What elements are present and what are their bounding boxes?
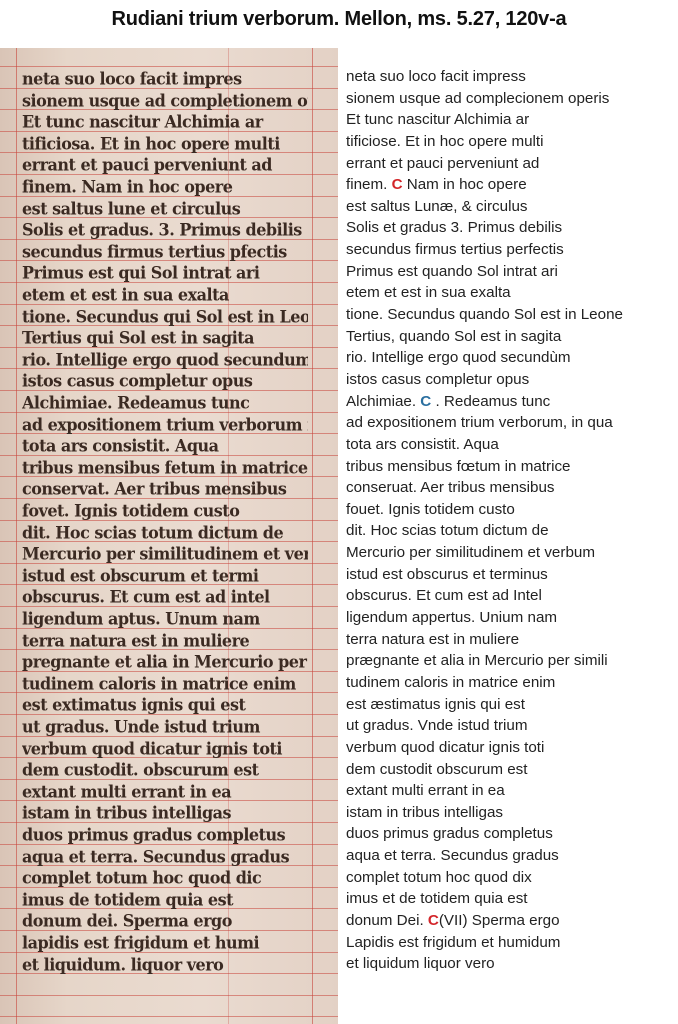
manuscript-line: terra natura est in muliere xyxy=(22,629,308,652)
transcription-line: complet totum hoc quod dix xyxy=(346,867,676,889)
transcription-line: verbum quod dicatur ignis toti xyxy=(346,737,676,759)
manuscript-line: et liquidum. liquor vero xyxy=(22,953,308,976)
manuscript-line: Tertius qui Sol est in sagita xyxy=(22,327,308,350)
manuscript-line: Mercurio per similitudinem et verbum xyxy=(22,543,308,566)
manuscript-line: conservat. Aer tribus mensibus xyxy=(22,478,308,501)
transcription-line: fouet. Ignis totidem custo xyxy=(346,499,676,521)
transcription-line: tribus mensibus fœtum in matrice xyxy=(346,456,676,478)
transcription-line: tificiose. Et in hoc opere multi xyxy=(346,131,676,153)
manuscript-line: dem custodit. obscurum est xyxy=(22,759,308,782)
transcription-line: istud est obscurus et terminus xyxy=(346,564,676,586)
manuscript-line: ligendum aptus. Unum nam xyxy=(22,607,308,630)
transcription-line: istos casus completur opus xyxy=(346,369,676,391)
transcription-line: neta suo loco facit impress xyxy=(346,66,676,88)
manuscript-line: sionem usque ad completionem opis xyxy=(22,89,308,112)
transcription-line: dit. Hoc scias totum dictum de xyxy=(346,520,676,542)
line-text: . Redeamus tunc xyxy=(431,393,550,410)
transcription-line: tudinem caloris in matrice enim xyxy=(346,672,676,694)
manuscript-line: istam in tribus intelligas xyxy=(22,802,308,825)
manuscript-line: est saltus lune et circulus xyxy=(22,197,308,220)
line-text: donum Dei. xyxy=(346,912,428,929)
line-text: finem. xyxy=(346,176,392,193)
paragraph-marker-red: C xyxy=(392,176,403,193)
transcription-line: aqua et terra. Secundus gradus xyxy=(346,845,676,867)
transcription-line: ligendum appertus. Unium nam xyxy=(346,607,676,629)
ruling-line-vertical xyxy=(16,48,17,1024)
transcription-line: secundus firmus tertius perfectis xyxy=(346,239,676,261)
manuscript-line: tudinem caloris in matrice enim xyxy=(22,672,308,695)
manuscript-line: tota ars consistit. Aqua xyxy=(22,435,308,458)
manuscript-line: Primus est qui Sol intrat ari xyxy=(22,262,308,285)
transcription-line: est æstimatus ignis qui est xyxy=(346,694,676,716)
manuscript-image: neta suo loco facit impressionem usque a… xyxy=(0,48,338,1024)
manuscript-line: aqua et terra. Secundus gradus xyxy=(22,845,308,868)
transcription-line: prægnante et alia in Mercurio per simili xyxy=(346,650,676,672)
transcription-line: Primus est quando Sol intrat ari xyxy=(346,261,676,283)
manuscript-line: ad expositionem trium verborum in qua xyxy=(22,413,308,436)
ruling-line-vertical xyxy=(312,48,313,1024)
manuscript-line: Et tunc nascitur Alchimia ar xyxy=(22,111,308,134)
transcription-line: etem et est in sua exalta xyxy=(346,282,676,304)
transcription-line: finem. C Nam in hoc opere xyxy=(346,174,676,196)
transcription-line: Tertius, quando Sol est in sagita xyxy=(346,326,676,348)
transcription-line: dem custodit obscurum est xyxy=(346,759,676,781)
manuscript-line: est extimatus ignis qui est xyxy=(22,694,308,717)
ruling-line-horizontal xyxy=(0,995,338,996)
transcription-line: Et tunc nascitur Alchimia ar xyxy=(346,109,676,131)
transcription-line: tota ars consistit. Aqua xyxy=(346,434,676,456)
transcription-line: terra natura est in muliere xyxy=(346,629,676,651)
manuscript-line: finem. Nam in hoc opere xyxy=(22,175,308,198)
transcription-line: donum Dei. C(VII) Sperma ergo xyxy=(346,910,676,932)
transcription-line: Mercurio per similitudinem et verbum xyxy=(346,542,676,564)
transcription-line: Lapidis est frigidum et humidum xyxy=(346,932,676,954)
transcription-line: conseruat. Aer tribus mensibus xyxy=(346,477,676,499)
manuscript-line: donum dei. Sperma ergo xyxy=(22,910,308,933)
transcription-line: est saltus Lunæ, & circulus xyxy=(346,196,676,218)
line-text: (VII) Sperma ergo xyxy=(439,912,560,929)
transcription-line: imus et de totidem quia est xyxy=(346,888,676,910)
line-text: Nam in hoc opere xyxy=(403,176,527,193)
manuscript-line: lapidis est frigidum et humi xyxy=(22,931,308,954)
transcription-line: extant multi errant in ea xyxy=(346,780,676,802)
paragraph-marker-red: C xyxy=(428,912,439,929)
transcription-line: Alchimiae. C . Redeamus tunc xyxy=(346,391,676,413)
manuscript-line: rio. Intellige ergo quod secundum xyxy=(22,348,308,371)
manuscript-line: errant et pauci perveniunt ad xyxy=(22,154,308,177)
manuscript-line: fovet. Ignis totidem custo xyxy=(22,499,308,522)
paragraph-marker-blue: C xyxy=(420,393,431,410)
manuscript-line: complet totum hoc quod dic xyxy=(22,867,308,890)
manuscript-line: tione. Secundus qui Sol est in Leone xyxy=(22,305,308,328)
manuscript-line: Solis et gradus. 3. Primus debilis xyxy=(22,219,308,242)
transcription-line: ut gradus. Vnde istud trium xyxy=(346,715,676,737)
transcription-line: istam in tribus intelligas xyxy=(346,802,676,824)
transcription-line: duos primus gradus completus xyxy=(346,823,676,845)
manuscript-line: dit. Hoc scias totum dictum de xyxy=(22,521,308,544)
transcription-line: ad expositionem trium verborum, in qua xyxy=(346,412,676,434)
transcription-line: obscurus. Et cum est ad Intel xyxy=(346,585,676,607)
transcription-line: sionem usque ad complecionem operis xyxy=(346,88,676,110)
manuscript-line: extant multi errant in ea xyxy=(22,780,308,803)
manuscript-line: secundus firmus tertius pfectis xyxy=(22,240,308,263)
page-title: Rudiani trium verborum. Mellon, ms. 5.27… xyxy=(0,8,678,31)
transcription-line: Solis et gradus 3. Primus debilis xyxy=(346,217,676,239)
manuscript-line: tribus mensibus fetum in matrice xyxy=(22,456,308,479)
line-text: Alchimiae. xyxy=(346,393,420,410)
manuscript-line: pregnante et alia in Mercurio per simil xyxy=(22,651,308,674)
manuscript-line: neta suo loco facit impres xyxy=(22,67,308,90)
manuscript-line: duos primus gradus completus xyxy=(22,823,308,846)
transcription-line: errant et pauci perveniunt ad xyxy=(346,153,676,175)
manuscript-line: Alchimiae. Redeamus tunc xyxy=(22,391,308,414)
transcription: neta suo loco facit impresssionem usque … xyxy=(346,66,676,975)
manuscript-line: obscurus. Et cum est ad intel xyxy=(22,586,308,609)
manuscript-line: verbum quod dicatur ignis toti xyxy=(22,737,308,760)
manuscript-line: istos casus completur opus xyxy=(22,370,308,393)
transcription-line: et liquidum liquor vero xyxy=(346,953,676,975)
manuscript-line: ut gradus. Unde istud trium xyxy=(22,715,308,738)
ruling-line-horizontal xyxy=(0,1016,338,1017)
manuscript-line: tificiosa. Et in hoc opere multi xyxy=(22,132,308,155)
manuscript-line: imus de totidem quia est xyxy=(22,888,308,911)
manuscript-line: istud est obscurum et termi xyxy=(22,564,308,587)
manuscript-line: etem et est in sua exalta xyxy=(22,283,308,306)
transcription-line: tione. Secundus quando Sol est in Leone xyxy=(346,304,676,326)
transcription-line: rio. Intellige ergo quod secundùm xyxy=(346,347,676,369)
